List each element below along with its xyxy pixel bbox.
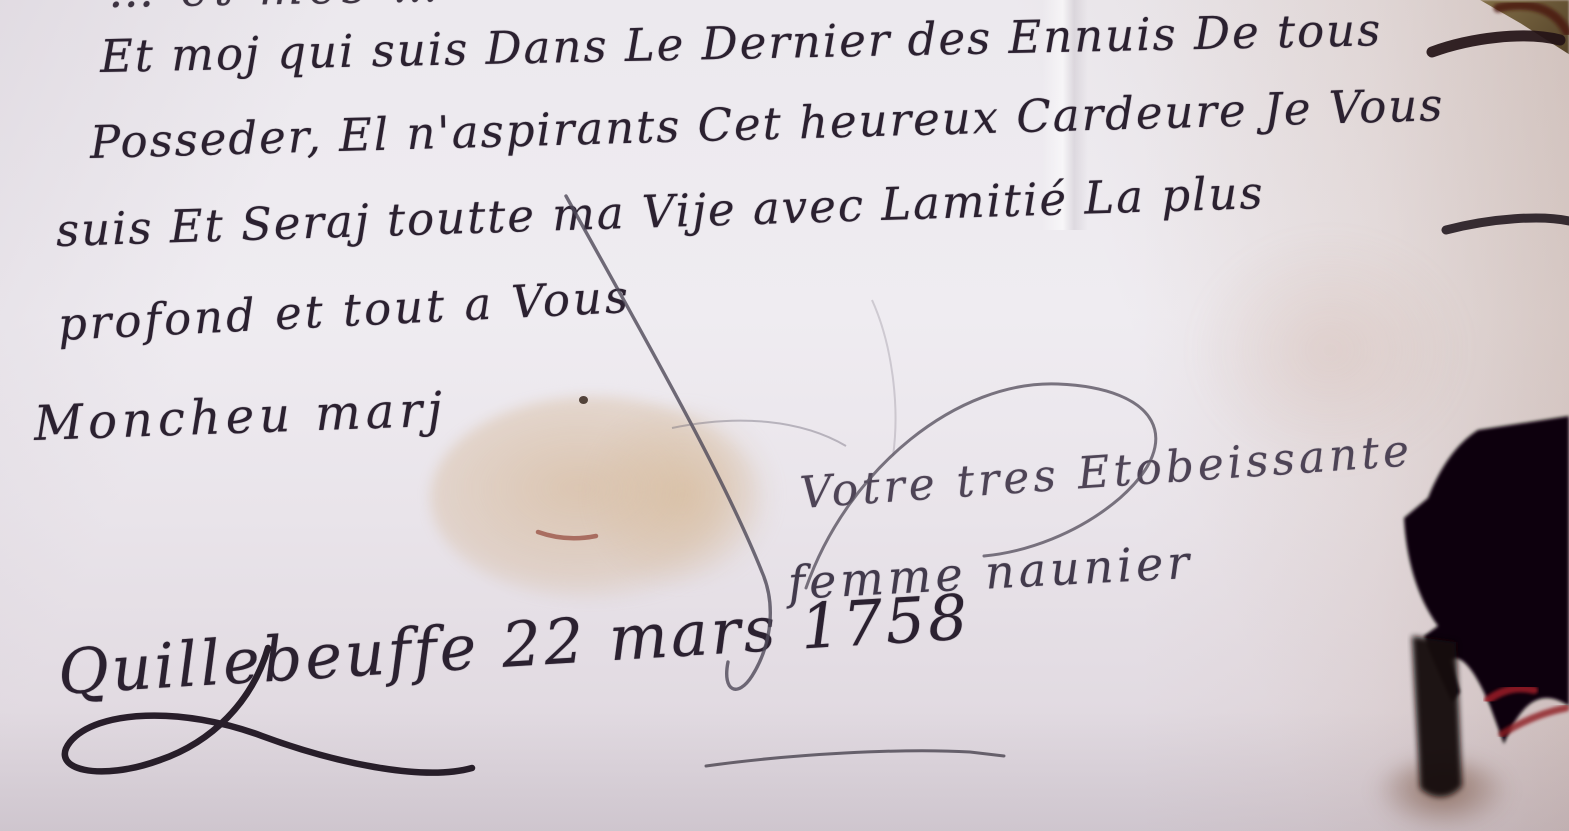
manuscript-photo: … et mes … Et moj qui suis Dans Le Derni… xyxy=(0,0,1569,831)
blot-fade-glow xyxy=(1372,760,1512,831)
manuscript-line-3: suis Et Seraj toutte ma Vije avec Lamiti… xyxy=(55,166,1265,257)
manuscript-line-fragment: … et mes … xyxy=(108,0,445,18)
dateline: Quillebeuffe 22 mars 1758 xyxy=(56,580,973,709)
ink-speck xyxy=(579,396,588,404)
water-stain-lobe xyxy=(585,400,780,590)
faint-pencil-mark xyxy=(872,300,895,456)
manuscript-line-salutation: Moncheu marj xyxy=(33,382,448,452)
manuscript-line-4: profond et tout a Vous xyxy=(57,270,632,351)
paper-shading-bottom xyxy=(0,711,1569,831)
